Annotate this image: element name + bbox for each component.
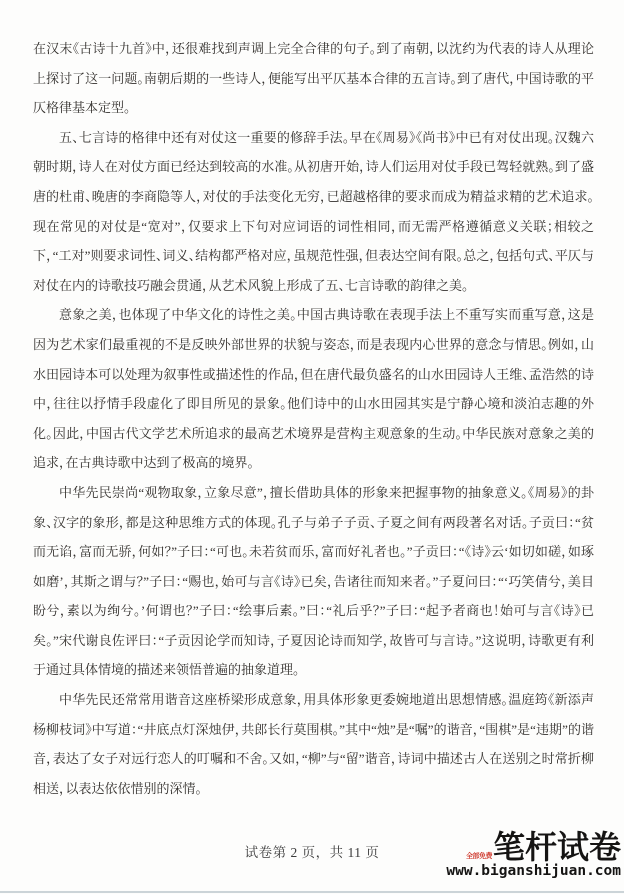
brand-title-row: 全部免费 笔杆试卷 xyxy=(446,831,621,863)
page-number-label: 试卷第 2 页，共 11 页 xyxy=(245,845,380,860)
brand-logo-title: 笔杆试卷 xyxy=(493,831,621,863)
body-paragraph: 中华先民崇尚“观物取象，立象尽意”，擅长借助具体的形象来把握事物的抽象意义。《周… xyxy=(33,478,594,685)
scan-bottom-edge xyxy=(0,891,624,893)
exam-paper-page: 在汉末《古诗十九首》中，还很难找到声调上完全合律的句子。到了南朝，以沈约为代表的… xyxy=(0,0,624,894)
body-paragraph: 五、七言诗的格律中还有对仗这一重要的修辞手法。早在《周易》《尚书》中已有对仗出现… xyxy=(33,123,594,301)
body-paragraph: 在汉末《古诗十九首》中，还很难找到声调上完全合律的句子。到了南朝，以沈约为代表的… xyxy=(33,34,594,123)
brand-url: www.biganshijuan.com xyxy=(446,863,621,880)
body-paragraph: 意象之美，也体现了中华文化的诗性之美。中国古典诗歌在表现手法上不重写实而重写意，… xyxy=(33,300,594,478)
passage-body: 在汉末《古诗十九首》中，还很难找到声调上完全合律的句子。到了南朝，以沈约为代表的… xyxy=(33,34,594,803)
brand-free-label: 全部免费 xyxy=(466,853,492,860)
body-paragraph: 中华先民还常常用谐音这座桥梁形成意象，用具体形象更委婉地道出思想情感。温庭筠《新… xyxy=(33,685,594,803)
brand-watermark: 全部免费 笔杆试卷 www.biganshijuan.com xyxy=(446,831,621,880)
